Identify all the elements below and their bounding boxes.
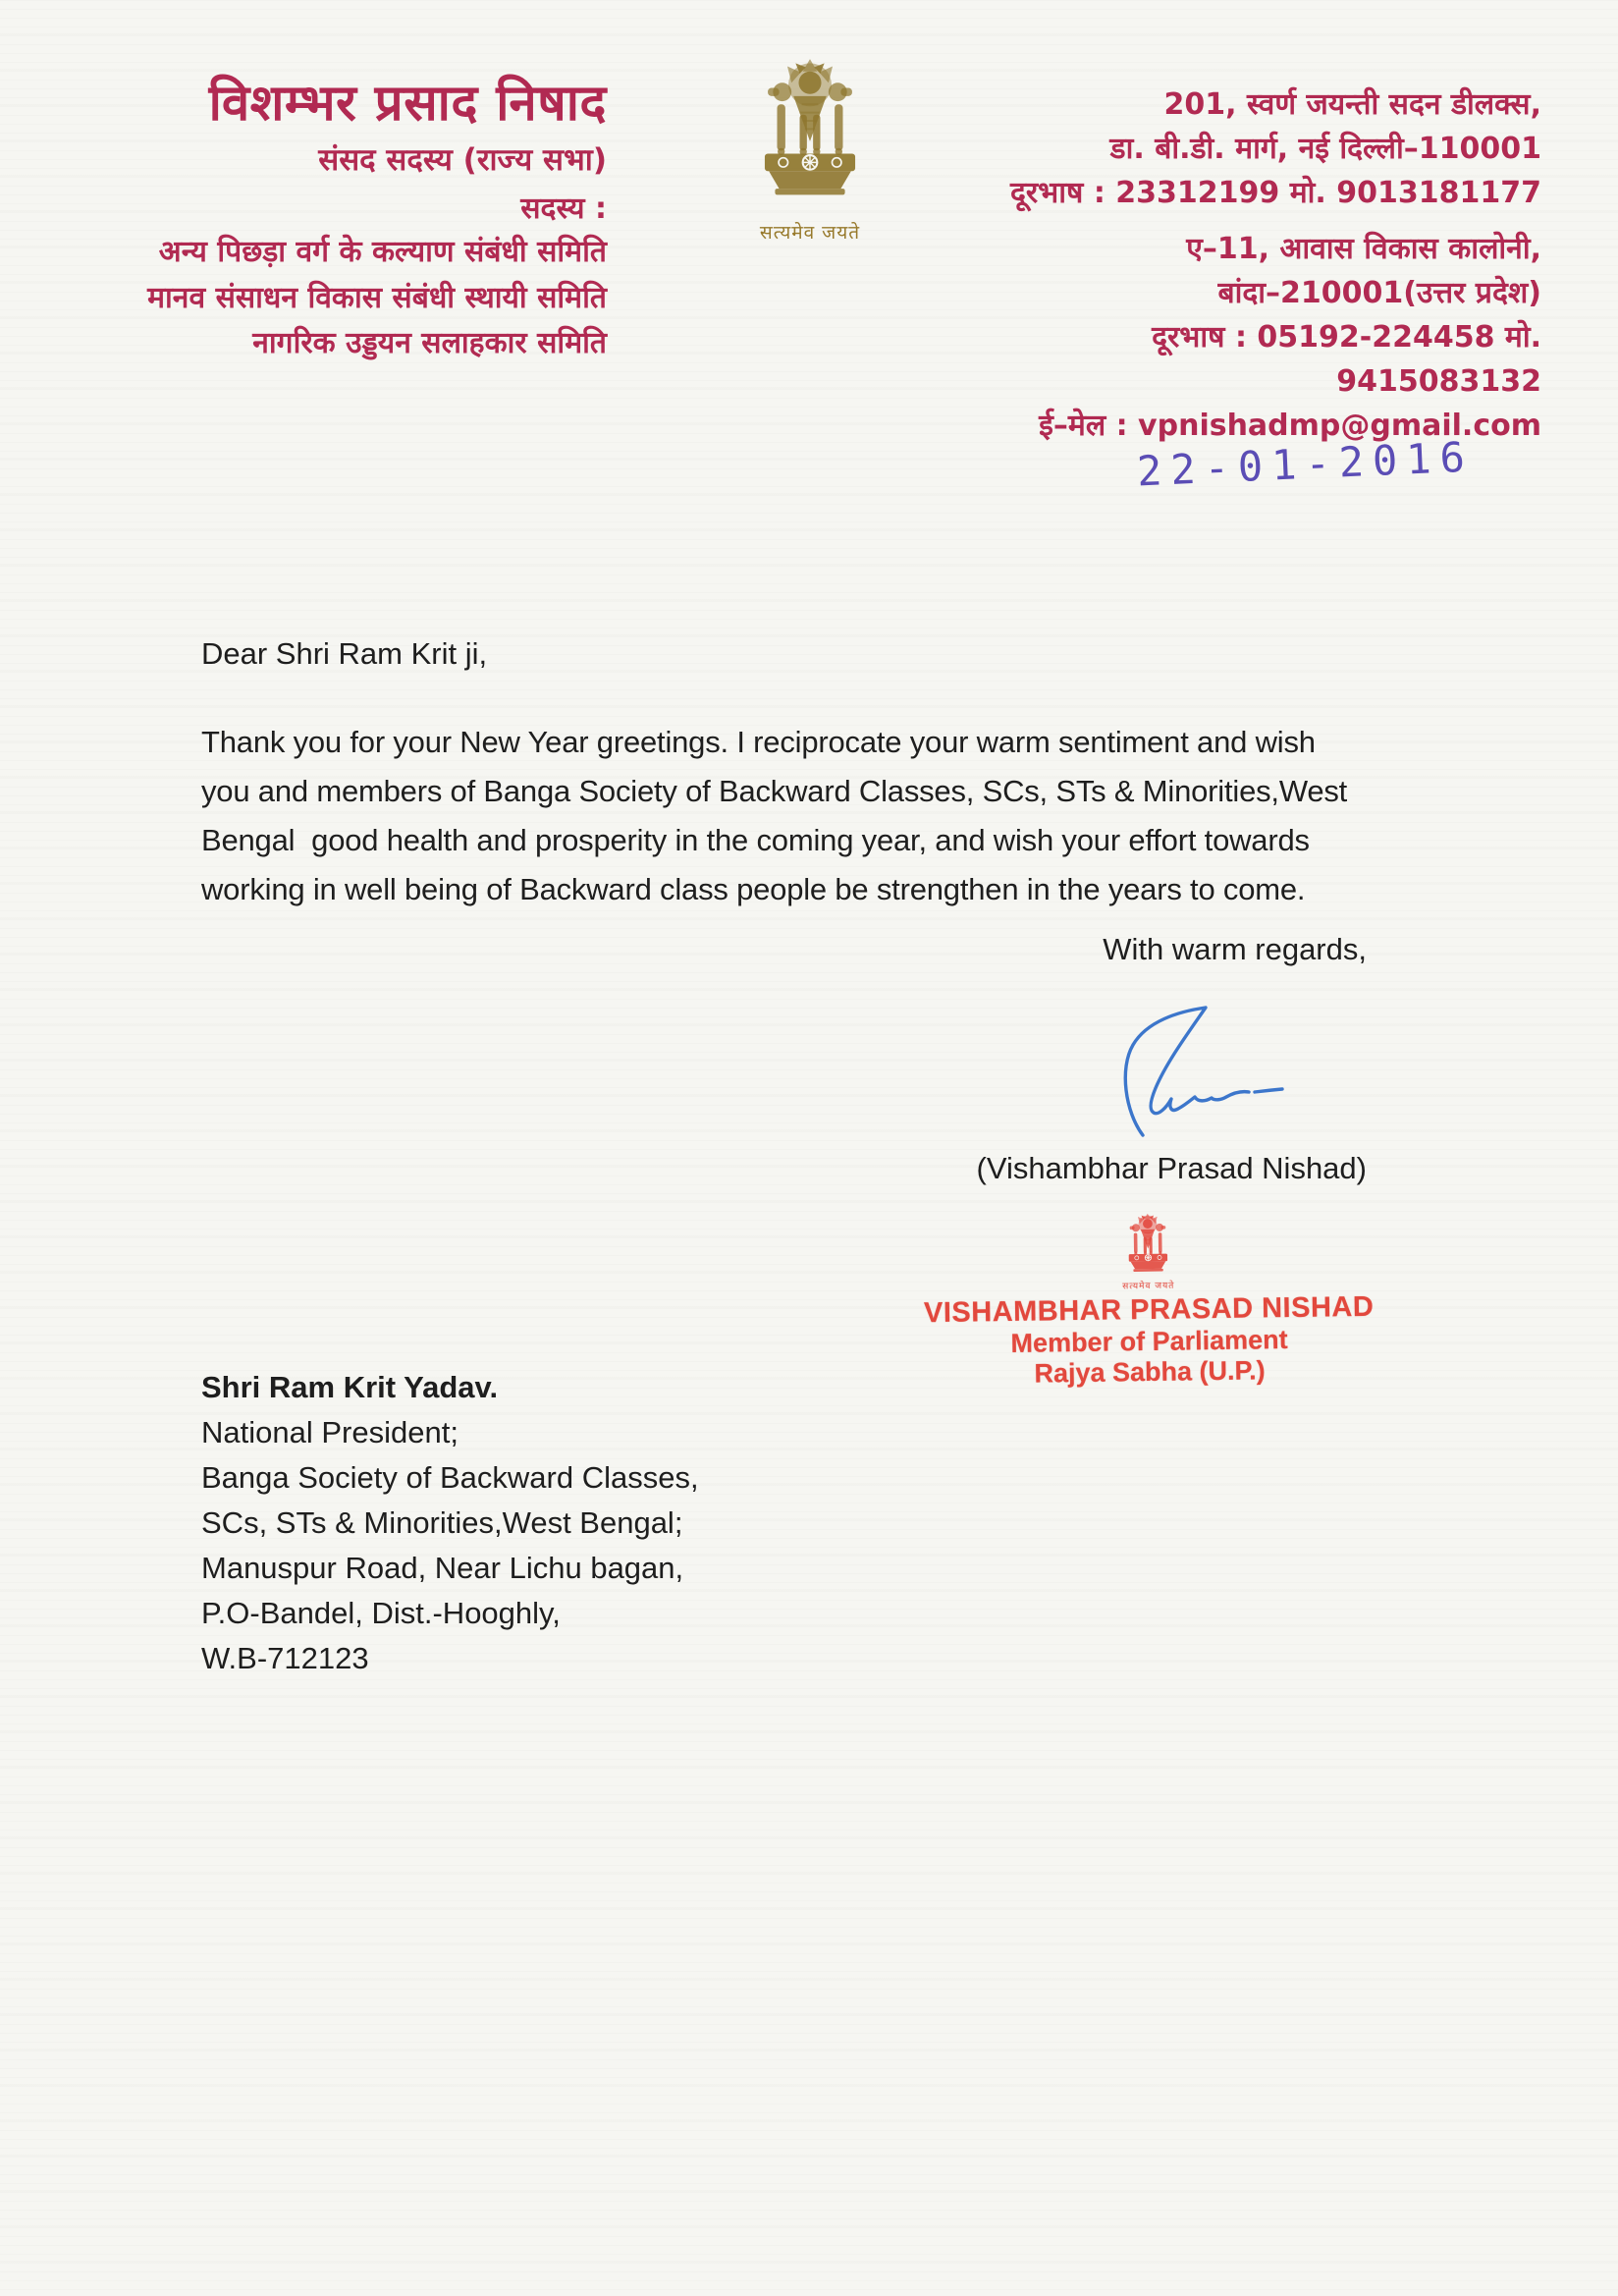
committee-line: नागरिक उड्डयन सलाहकार समिति: [77, 321, 607, 367]
paragraph-line: working in well being of Backward class …: [201, 865, 1347, 914]
paragraph-line: Bengal good health and prosperity in the…: [201, 816, 1347, 865]
sender-designation: संसद सदस्य (राज्य सभा): [77, 138, 607, 183]
address-line: डा. बी.डी. मार्ग, नई दिल्ली–110001: [952, 127, 1541, 171]
address-line: ए–11, आवास विकास कालोनी,: [952, 227, 1541, 271]
office-rubber-stamp: सत्यमेव जयते VISHAMBHAR PRASAD NISHAD Me…: [917, 1209, 1380, 1392]
salutation: Dear Shri Ram Krit ji,: [201, 636, 487, 672]
sender-name-block: विशम्भर प्रसाद निषाद संसद सदस्य (राज्य स…: [77, 69, 607, 367]
stamp-name: VISHAMBHAR PRASAD NISHAD: [918, 1291, 1379, 1331]
member-label: सदस्य :: [77, 189, 607, 230]
ashoka-emblem-icon: [748, 55, 872, 209]
scanned-letter-page: विशम्भर प्रसाद निषाद संसद सदस्य (राज्य स…: [0, 0, 1618, 2296]
stamp-emblem-icon: [1121, 1212, 1175, 1279]
address-line: 201, स्वर्ण जयन्ती सदन डीलक्स,: [952, 82, 1541, 127]
recipient-address: Shri Ram Krit Yadav. National President;…: [201, 1365, 699, 1681]
committee-line: मानव संसाधन विकास संबंधी स्थायी समिति: [77, 276, 607, 322]
recipient-line: Manuspur Road, Near Lichu bagan,: [201, 1546, 699, 1591]
recipient-line: National President;: [201, 1410, 699, 1455]
sender-address-block: 201, स्वर्ण जयन्ती सदन डीलक्स, डा. बी.डी…: [952, 82, 1541, 448]
committee-line: अन्य पिछड़ा वर्ग के कल्याण संबंधी समिति: [77, 230, 607, 276]
national-emblem: सत्यमेव जयते: [738, 55, 882, 245]
delhi-address: 201, स्वर्ण जयन्ती सदन डीलक्स, डा. बी.डी…: [952, 82, 1541, 215]
banda-address: ए–11, आवास विकास कालोनी, बांदा–210001(उत…: [952, 227, 1541, 448]
stamp-house: Rajya Sabha (U.P.): [919, 1354, 1380, 1392]
emblem-motto: सत्यमेव जयते: [738, 219, 882, 245]
recipient-line: Shri Ram Krit Yadav.: [201, 1365, 699, 1410]
address-line: दूरभाष : 23312199 मो. 9013181177: [952, 171, 1541, 215]
closing-line: With warm regards,: [1103, 932, 1367, 967]
recipient-line: Banga Society of Backward Classes,: [201, 1455, 699, 1501]
address-line: दूरभाष : 05192-224458 मो. 9415083132: [952, 315, 1541, 404]
recipient-line: P.O-Bandel, Dist.-Hooghly,: [201, 1591, 699, 1636]
signature-ink: [1102, 1004, 1294, 1143]
signatory-name: (Vishambhar Prasad Nishad): [977, 1151, 1367, 1186]
letter-paragraph: Thank you for your New Year greetings. I…: [201, 718, 1347, 914]
recipient-line: SCs, STs & Minorities,West Bengal;: [201, 1501, 699, 1546]
paragraph-line: you and members of Banga Society of Back…: [201, 767, 1347, 816]
recipient-line: W.B-712123: [201, 1636, 699, 1681]
paragraph-line: Thank you for your New Year greetings. I…: [201, 718, 1347, 767]
address-line: बांदा–210001(उत्तर प्रदेश): [952, 271, 1541, 315]
sender-name: विशम्भर प्रसाद निषाद: [77, 69, 607, 138]
